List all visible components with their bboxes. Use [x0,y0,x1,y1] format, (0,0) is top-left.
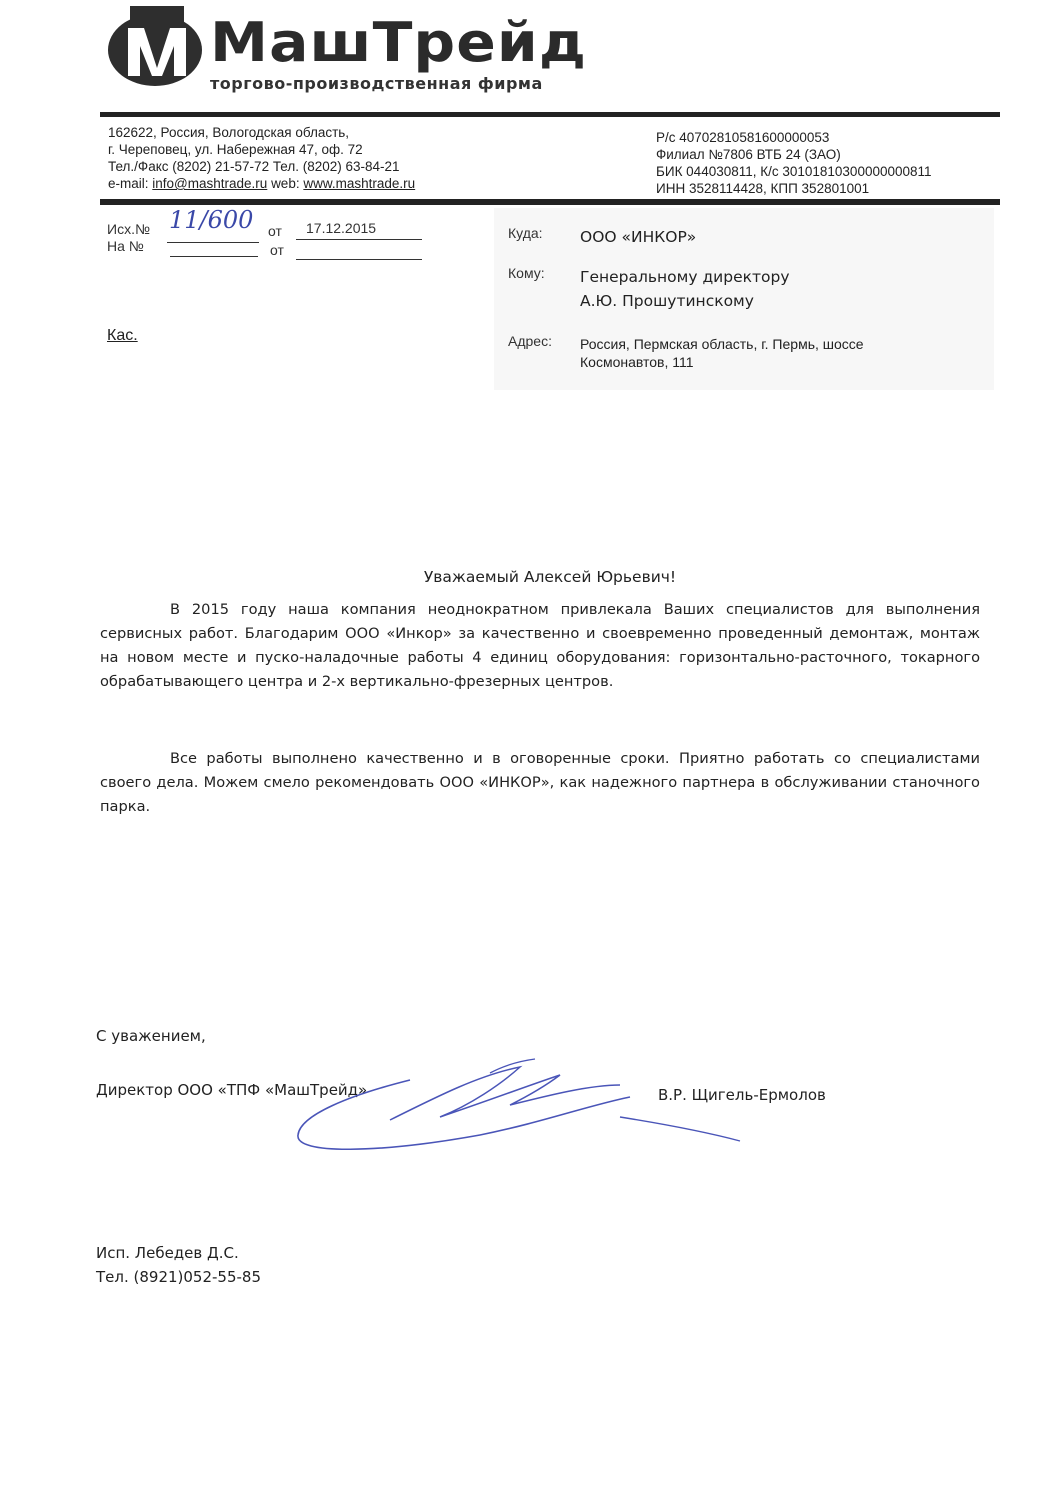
bank-details: Р/с 40702810581600000053 Филиал №7806 ВТ… [656,129,932,197]
contact-line-web: e-mail: info@mashtrade.ru web: www.masht… [108,175,415,192]
to-label: Куда: [508,225,543,241]
contact-line: 162622, Россия, Вологодская область, [108,124,415,141]
email-link[interactable]: info@mashtrade.ru [152,176,267,191]
company-contacts: 162622, Россия, Вологодская область, г. … [108,124,415,192]
signer-name: В.Р. Щигель-Ермолов [658,1086,826,1104]
brand-tagline: торгово-производственная фирма [210,74,543,93]
incoming-label: На № [107,238,144,254]
web-label: web: [271,176,300,191]
outgoing-number: 11/600 [169,206,253,234]
web-link[interactable]: www.mashtrade.ru [303,176,415,191]
outgoing-date: 17.12.2015 [296,220,376,236]
executor-phone: Тел. (8921)052-55-85 [96,1265,261,1289]
header-rule-top [100,112,1000,117]
incoming-date-field [296,242,422,260]
body-paragraph-1: В 2015 году наша компания неоднократном … [100,598,980,694]
to-value: ООО «ИНКОР» [580,228,696,246]
address-label: Адрес: [508,333,552,349]
whom-line-1: Генеральному директору [580,268,790,286]
address-line-1: Россия, Пермская область, г. Пермь, шосс… [580,335,864,353]
outgoing-date-field: 17.12.2015 [296,220,422,240]
initials: Кас. [107,327,138,345]
executor-name: Исп. Лебедев Д.С. [96,1241,261,1265]
bank-line: ИНН 3528114428, КПП 352801001 [656,180,932,197]
contact-line: г. Череповец, ул. Набережная 47, оф. 72 [108,141,415,158]
whom-line-2: А.Ю. Прошутинскому [580,292,754,310]
email-label: e-mail: [108,176,149,191]
bank-line: Р/с 40702810581600000053 [656,129,932,146]
contact-line: Тел./Факс (8202) 21-57-72 Тел. (8202) 63… [108,158,415,175]
salutation: Уважаемый Алексей Юрьевич! [0,568,1060,586]
address-value: Россия, Пермская область, г. Пермь, шосс… [580,335,864,371]
outgoing-number-field: 11/600 [167,208,259,243]
incoming-from-label: от [270,242,284,258]
whom-label: Кому: [508,265,545,281]
closing: С уважением, [96,1027,206,1045]
body-paragraph-2: Все работы выполнено качественно и в ого… [100,747,980,819]
header-rule-bottom [100,199,1000,205]
bank-line: БИК 044030811, К/с 30101810300000000811 [656,163,932,180]
executor-block: Исп. Лебедев Д.С. Тел. (8921)052-55-85 [96,1241,261,1289]
outgoing-from-label: от [268,223,282,239]
logo-monogram-icon [122,6,192,78]
outgoing-label: Исх.№ [107,221,150,237]
brand-name: МашТрейд [210,16,587,70]
bank-line: Филиал №7806 ВТБ 24 (ЗАО) [656,146,932,163]
address-line-2: Космонавтов, 111 [580,353,864,371]
signature-icon [290,1055,750,1165]
incoming-number-field [170,240,258,257]
